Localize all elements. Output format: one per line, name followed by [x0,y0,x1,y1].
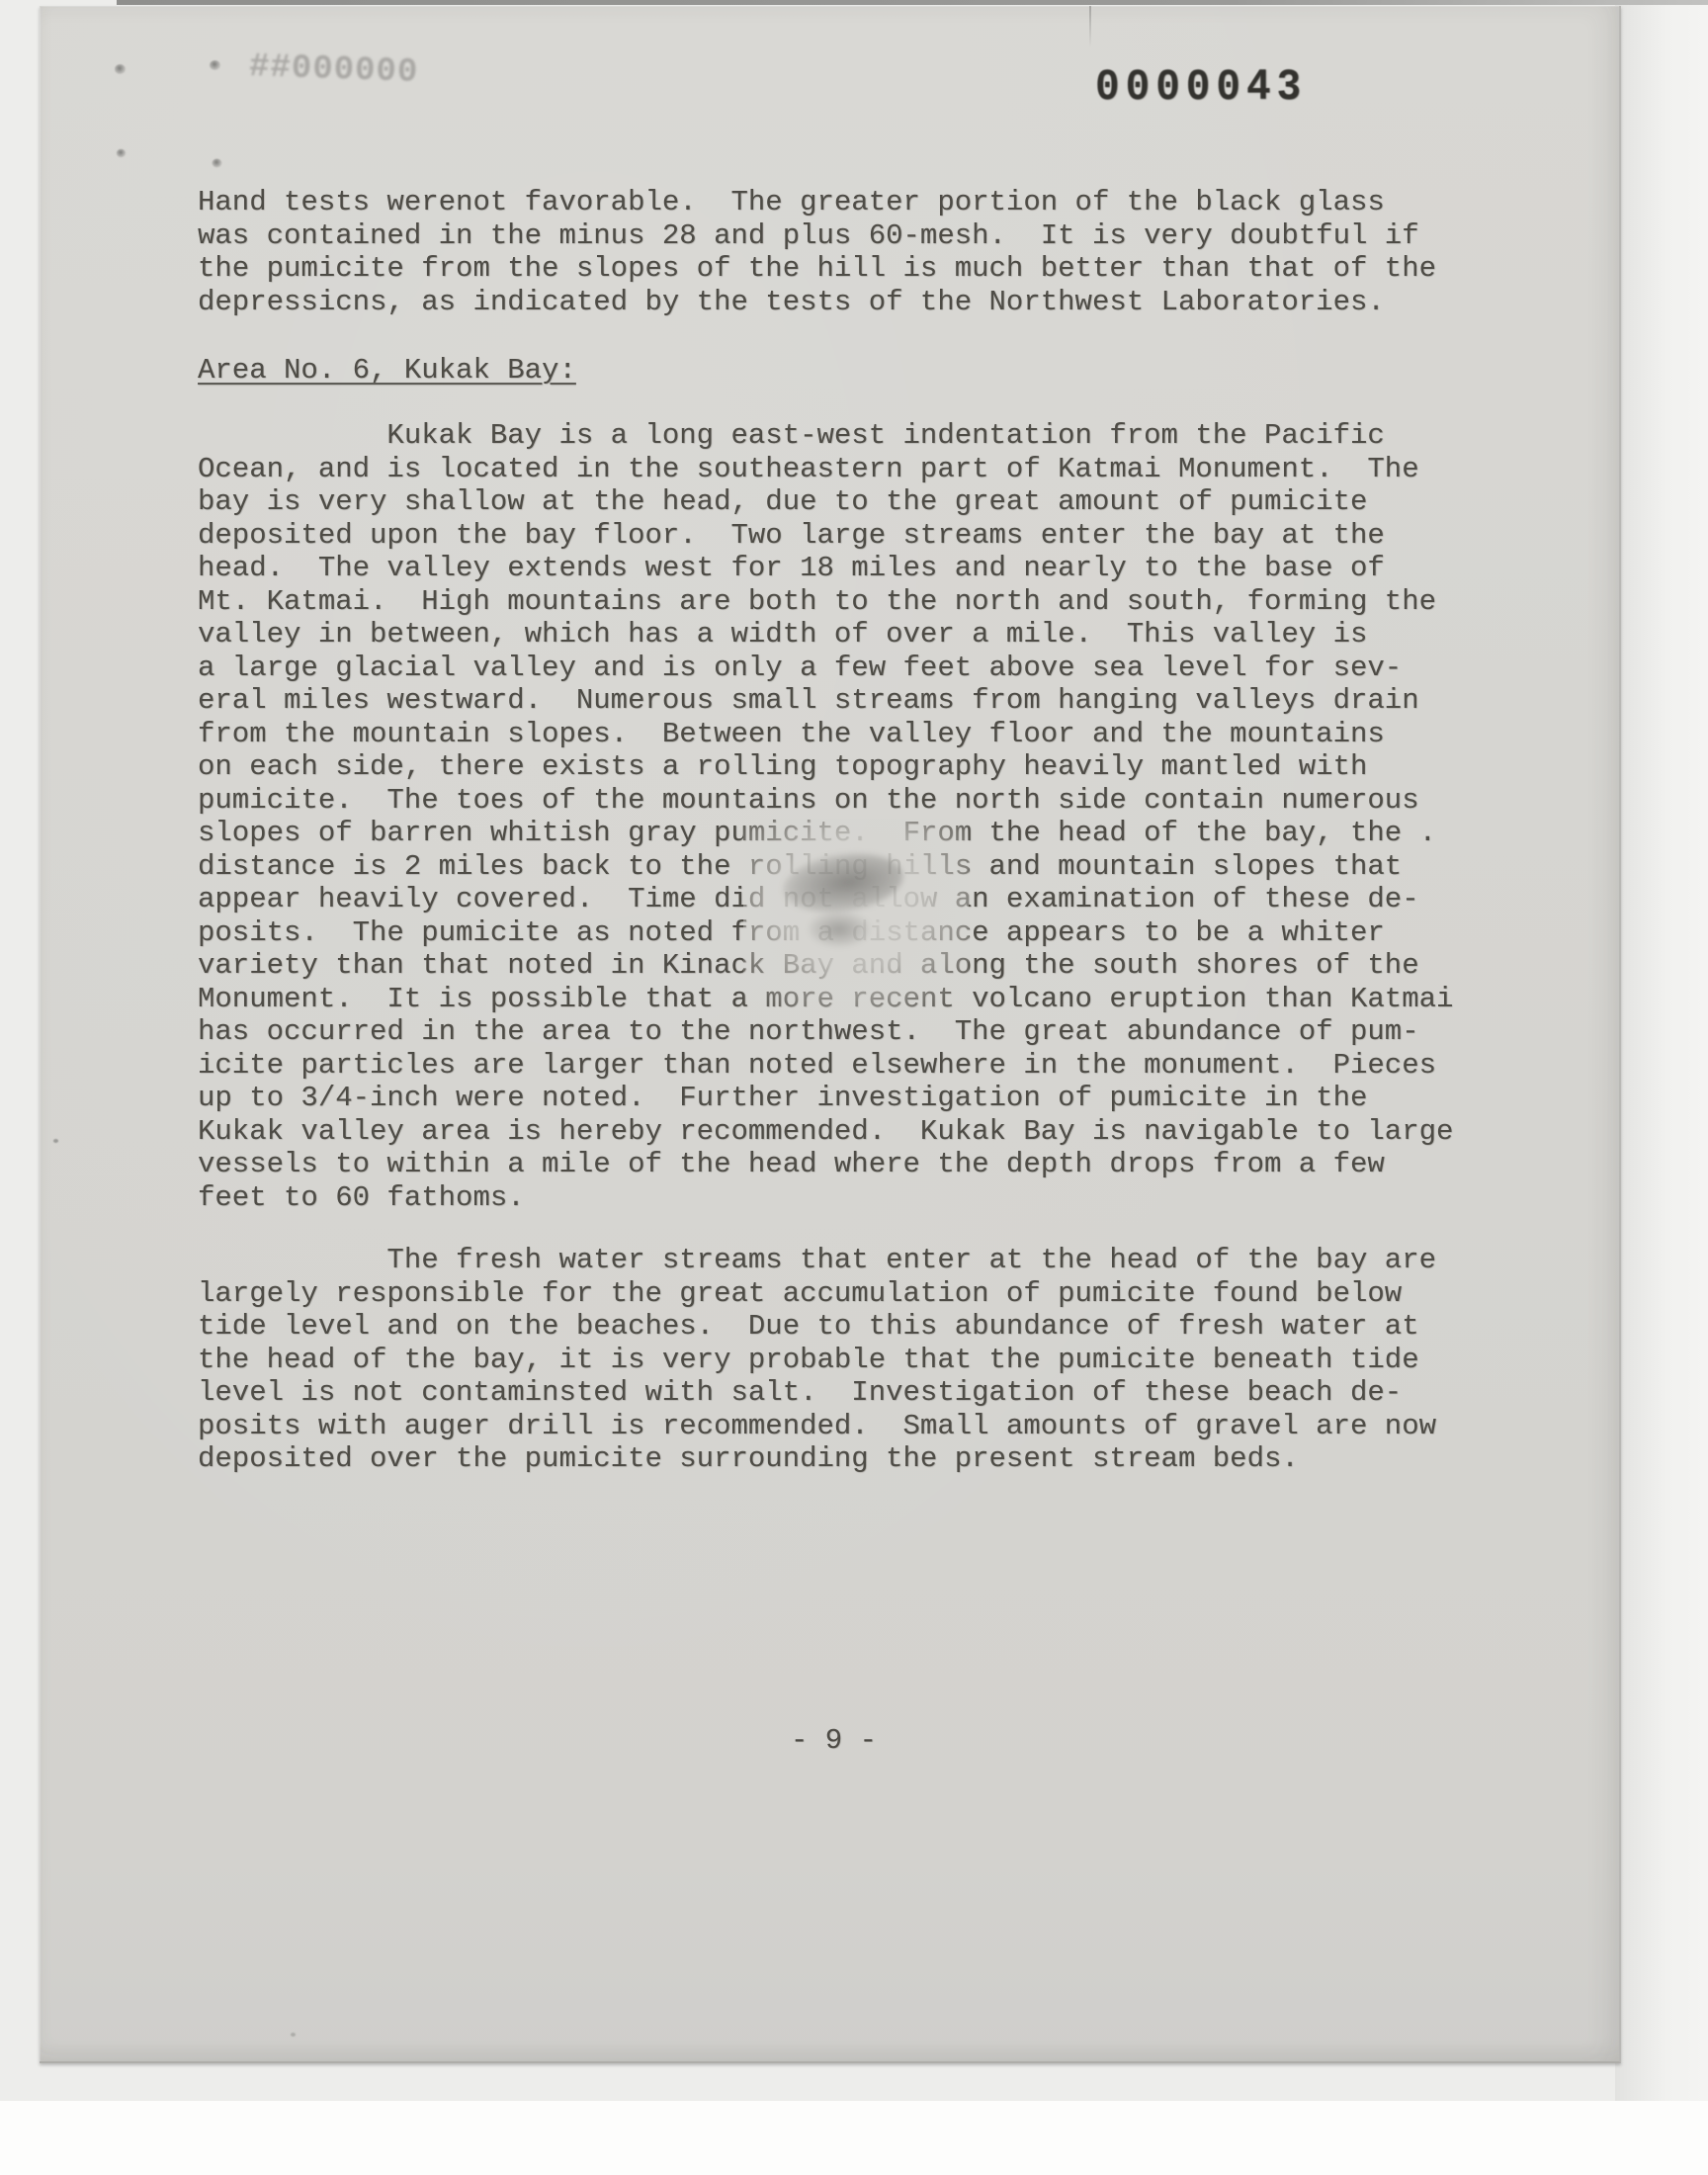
scanner-background-bottom [0,2101,1708,2175]
staple-hole [117,149,126,158]
serial-number-stamp: 0000043 [1095,63,1307,113]
document-page: ##000000 0000043 Hand tests werenot favo… [40,6,1621,2063]
staple-hole [213,159,222,168]
paragraph-kukak-bay: Kukak Bay is a long east-west indentatio… [198,419,1453,1214]
paragraph-hand-tests: Hand tests werenot favorable. The greate… [198,186,1436,318]
erasure-faded-area [743,819,969,1006]
staple-hole [210,60,220,70]
paper-speck [291,2033,296,2037]
scan-top-edge [117,0,1708,5]
paper-speck [53,1139,58,1143]
paragraph-fresh-water: The fresh water streams that enter at th… [198,1244,1436,1476]
page-number: - 9 - [791,1724,877,1758]
section-heading-area-6: Area No. 6, Kukak Bay: [198,354,576,388]
ink-smudge [809,912,870,947]
scanner-background-right [1615,0,1708,2175]
faint-stamp-number: ##000000 [248,48,418,92]
staple-hole [115,64,126,74]
paper-crease [1089,6,1091,47]
scanned-document: ##000000 0000043 Hand tests werenot favo… [0,0,1708,2175]
